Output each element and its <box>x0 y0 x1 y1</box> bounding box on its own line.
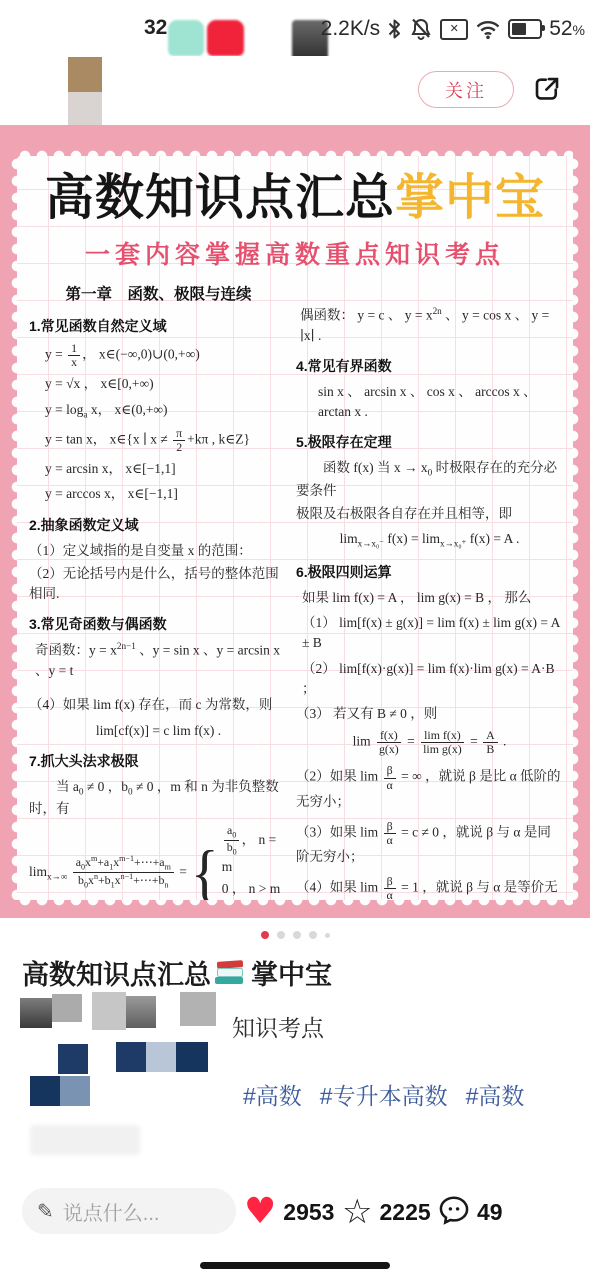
follow-button[interactable]: 关注 <box>418 71 514 108</box>
formula: y = 1x， x∈(−∞,0)∪(0,+∞) <box>45 342 288 369</box>
formula: 如果 lim f(x) = A ， lim g(x) = B ， 那么 <box>302 588 563 608</box>
mosaic-block <box>58 1044 88 1074</box>
poster-image[interactable]: 高数知识点汇总掌中宝 一套内容掌握高数重点知识考点 第一章 函数、极限与连续 1… <box>0 125 590 918</box>
mosaic-block <box>176 1042 208 1072</box>
poster-columns: 第一章 函数、极限与连续 1.常见函数自然定义域 y = 1x， x∈(−∞,0… <box>17 271 573 900</box>
text-line: （3）如果 lim βα = c ≠ 0 ，就说 β 与 α 是同阶无穷小； <box>296 820 563 867</box>
avatar[interactable] <box>68 57 102 125</box>
comment-placeholder: 说点什么... <box>63 1197 160 1226</box>
comment-count: 49 <box>477 1199 503 1226</box>
like-count: 2953 <box>283 1199 334 1226</box>
books-emoji <box>215 959 247 987</box>
heart-icon: ♥ <box>244 1194 276 1230</box>
text-line: （2）无论括号内是什么，括号的整体范围相同. <box>29 564 288 605</box>
mosaic-block <box>92 992 126 1030</box>
formula: limx→x₀⁻ f(x) = limx→x₀⁺ f(x) = A . <box>296 529 563 551</box>
carousel-pagination <box>0 931 590 939</box>
pagination-dot[interactable] <box>293 931 301 939</box>
post-header: 关注 <box>0 56 590 124</box>
notification-blur-teal <box>168 20 204 56</box>
section-5-heading: 5.极限存在定理 <box>296 432 563 453</box>
poster-right-column: 偶函数： y = c 、 y = x2n 、 y = cos x 、 y = ∣… <box>296 279 563 900</box>
mosaic-block <box>146 1042 176 1072</box>
mosaic-block <box>60 1076 90 1106</box>
pagination-dot[interactable] <box>325 933 330 938</box>
formula: 偶函数： y = c 、 y = x2n 、 y = cos x 、 y = ∣… <box>300 305 563 346</box>
text-line: 当 a0 ≠ 0 ，b0 ≠ 0 ，m 和 n 为非负整数时，有 <box>29 777 288 820</box>
section-3-heading: 3.常见奇函数与偶函数 <box>29 614 288 635</box>
comment-button[interactable]: 49 <box>438 1188 503 1236</box>
poster-title-black: 高数知识点汇总 <box>45 171 395 225</box>
section-6-heading: 6.极限四则运算 <box>296 562 563 583</box>
hashtag[interactable]: #专升本高数 <box>320 1078 448 1111</box>
no-sim-icon: ✕ <box>440 19 468 40</box>
formula: lim f(x)g(x) = lim f(x)lim g(x) = AB . <box>296 729 563 756</box>
app-screen: 32 2.2K/s ✕ 52% 关注 <box>0 0 590 1280</box>
comment-input[interactable]: ✎ 说点什么... <box>22 1188 236 1234</box>
section-1-heading: 1.常见函数自然定义域 <box>29 316 288 337</box>
hashtag[interactable]: #高数 <box>466 1078 525 1111</box>
notification-blur-red <box>207 20 244 56</box>
collect-count: 2225 <box>379 1199 430 1226</box>
network-speed: 2.2K/s <box>321 17 381 41</box>
formula: y = arccos x， x∈[−1,1] <box>45 484 288 504</box>
mosaic-block <box>52 994 82 1022</box>
text-line: （3） 若又有 B ≠ 0 ，则 <box>296 704 563 724</box>
formula: sin x 、 arcsin x 、 cos x 、 arccos x 、 ar… <box>318 382 563 423</box>
formula: y = loga x， x∈(0,+∞) <box>45 400 288 422</box>
text-line: 极限及右极限各自存在并且相等，即 <box>296 504 563 524</box>
mosaic-block <box>30 1076 60 1106</box>
text-line: （4）如果 lim f(x) 存在，而 c 为常数，则 <box>29 695 288 715</box>
text-line: （4）如果 lim βα = 1 ，就说 β 与 α 是等价无穷小，记作 <box>296 875 563 900</box>
case-row: a0b0， n = m <box>222 824 288 878</box>
battery-percent: 52% <box>549 17 585 41</box>
mute-bell-icon <box>409 17 433 41</box>
post-title: 高数知识点汇总 掌中宝 <box>22 953 332 992</box>
formula: y = √x ， x∈[0,+∞) <box>45 374 288 394</box>
mosaic-block <box>126 996 156 1028</box>
poster-left-column: 第一章 函数、极限与连续 1.常见函数自然定义域 y = 1x， x∈(−∞,0… <box>29 279 288 900</box>
post-title-text: 高数知识点汇总 <box>22 953 211 992</box>
pencil-icon: ✎ <box>37 1199 54 1223</box>
caption-tail-text: 知识考点 <box>232 1010 324 1043</box>
poster-subtitle: 一套内容掌握高数重点知识考点 <box>17 235 573 271</box>
mosaic-block <box>180 992 216 1026</box>
text-line: 函数 f(x) 当 x → x0 时极限存在的充分必要条件 <box>296 458 563 501</box>
battery-icon <box>508 19 542 39</box>
formula: y = tan x， x∈{x ∣ x ≠ π2+kπ , k∈Z} <box>45 427 288 454</box>
chapter-title: 第一章 函数、极限与连续 <box>29 283 288 306</box>
case-row: 0 ， n > m <box>222 879 288 899</box>
section-4-heading: 4.常见有界函数 <box>296 356 563 377</box>
wifi-icon <box>475 18 501 40</box>
pagination-dot-active[interactable] <box>261 931 269 939</box>
formula: y = arcsin x， x∈[−1,1] <box>45 459 288 479</box>
post-title-suffix: 掌中宝 <box>251 953 332 992</box>
formula: lim[cf(x)] = c lim f(x) . <box>29 721 288 741</box>
formula: limx→∞ a0xm+a1xm−1+⋯+amb0xn+b1xn−1+⋯+bn … <box>29 855 187 890</box>
status-time: 32 <box>144 16 167 40</box>
star-icon: ☆ <box>342 1195 372 1229</box>
comment-bubble-icon <box>438 1194 470 1231</box>
formula: （2） lim[f(x)·g(x)] = lim f(x)·lim g(x) =… <box>302 659 563 700</box>
pagination-dot[interactable] <box>277 931 285 939</box>
mosaic-block <box>116 1042 146 1072</box>
hashtag[interactable]: #高数 <box>243 1078 302 1111</box>
like-button[interactable]: ♥ 2953 <box>244 1188 334 1236</box>
formula: 奇函数：y = x2n−1 、y = sin x 、y = arcsin x 、… <box>35 640 288 681</box>
section-7-heading: 7.抓大头法求极限 <box>29 751 288 772</box>
home-indicator[interactable] <box>200 1262 390 1269</box>
collect-button[interactable]: ☆ 2225 <box>342 1188 431 1236</box>
hashtags: #高数 #专升本高数 #高数 <box>243 1078 524 1111</box>
cases-block: a0b0， n = m 0 ， n > m ∞ ， n < m <box>222 824 288 900</box>
formula: （1） lim[f(x) ± g(x)] = lim f(x) ± lim g(… <box>302 613 563 654</box>
status-right-cluster: 2.2K/s ✕ 52% <box>321 0 585 58</box>
poster-title-yellow: 掌中宝 <box>395 171 545 225</box>
mosaic-block <box>20 998 52 1028</box>
bluetooth-icon <box>387 18 402 40</box>
section-2-heading: 2.抽象函数定义域 <box>29 515 288 536</box>
poster-title: 高数知识点汇总掌中宝 <box>17 172 573 226</box>
share-icon[interactable] <box>532 74 562 104</box>
text-line: （1）定义域指的是自变量 x 的范围： <box>29 541 288 561</box>
leading-term-formula: limx→∞ a0xm+a1xm−1+⋯+amb0xn+b1xn−1+⋯+bn … <box>29 824 288 900</box>
pagination-dot[interactable] <box>309 931 317 939</box>
censored-mosaic <box>20 992 250 1117</box>
cases-brace: { <box>191 825 219 900</box>
poster-card: 高数知识点汇总掌中宝 一套内容掌握高数重点知识考点 第一章 函数、极限与连续 1… <box>17 156 573 900</box>
status-bar: 32 2.2K/s ✕ 52% <box>0 0 590 58</box>
text-line: （2）如果 lim βα = ∞ ，就说 β 是比 α 低阶的无穷小； <box>296 764 563 811</box>
faint-blur-mark <box>30 1125 140 1155</box>
